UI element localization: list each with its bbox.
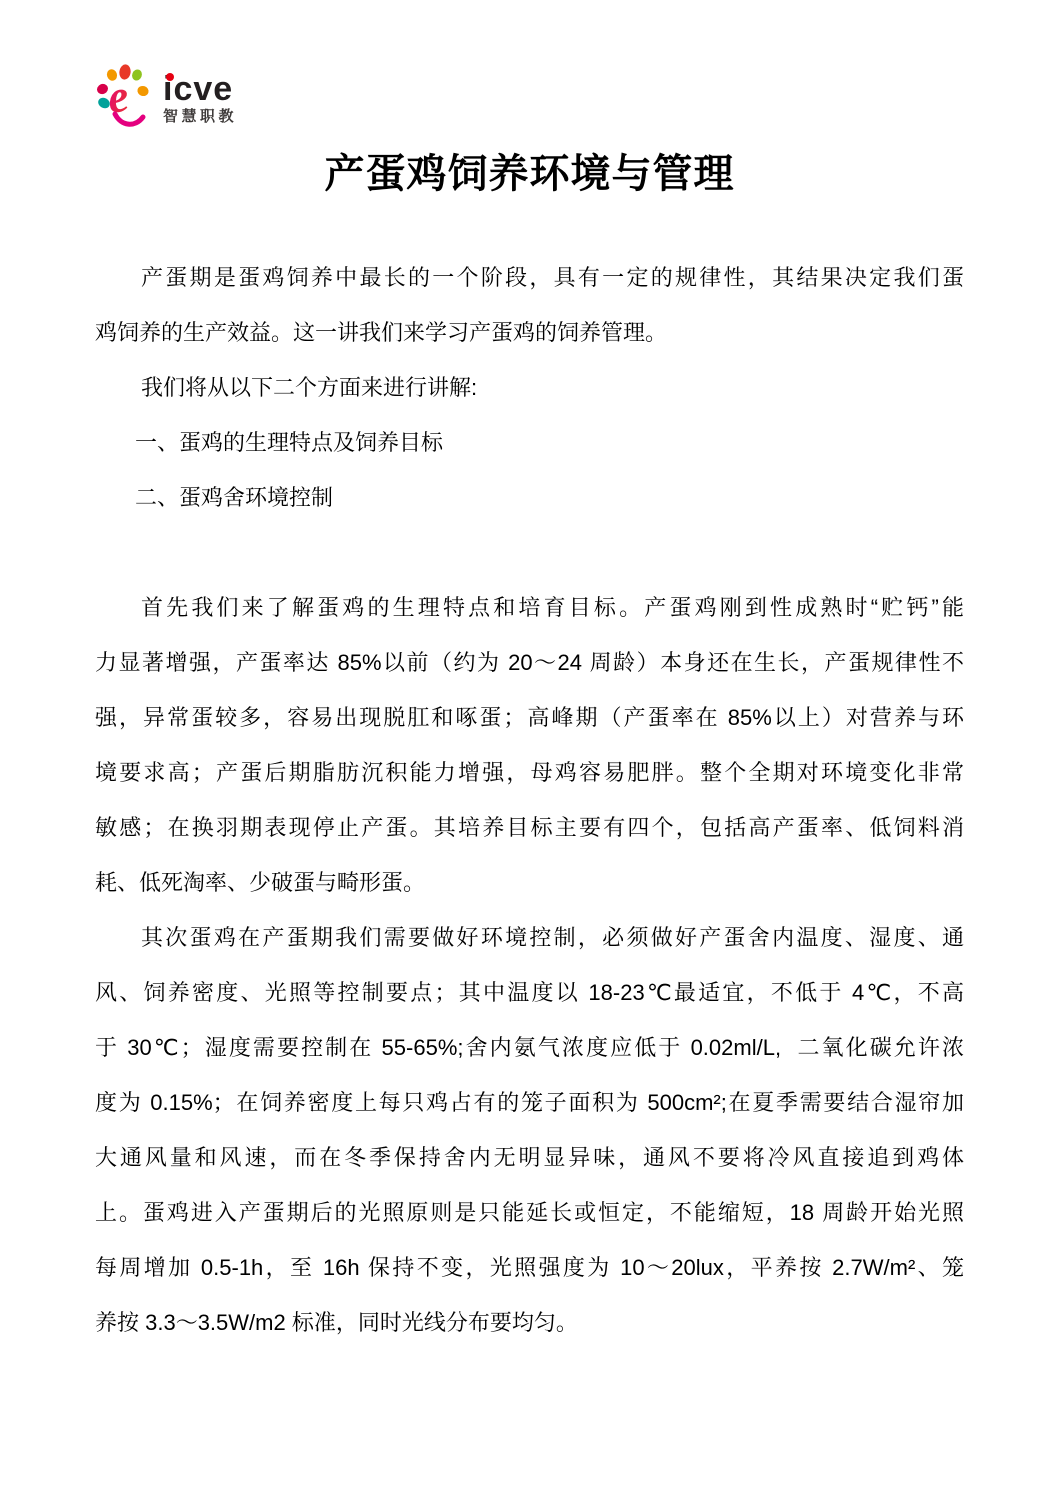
- text-line: 敏感；在换羽期表现停止产蛋。其培养目标主要有四个，包括高产蛋率、低饲料消: [95, 800, 964, 855]
- text-line: 强，异常蛋较多，容易出现脱肛和啄蛋；高峰期（产蛋率在 85%以上）对营养与环: [95, 690, 964, 745]
- logo-i-dot: [166, 73, 174, 81]
- text-line: 力显著增强，产蛋率达 85%以前（约为 20～24 周龄）本身还在生长，产蛋规律…: [95, 635, 964, 690]
- text-line: 于 30℃；湿度需要控制在 55-65%;舍内氨气浓度应低于 0.02ml/L,…: [95, 1020, 964, 1075]
- icve-logo-mark-icon: e: [93, 60, 157, 134]
- paragraph: 首先我们来了解蛋鸡的生理特点和培育目标。产蛋鸡刚到性成熟时“贮钙”能力显著增强，…: [95, 580, 964, 910]
- text-line: 上。蛋鸡进入产蛋期后的光照原则是只能延长或恒定，不能缩短，18 周龄开始光照: [95, 1185, 964, 1240]
- text-line: 风、饲养密度、光照等控制要点；其中温度以 18-23℃最适宜，不低于 4℃，不高: [95, 965, 964, 1020]
- text-line: 每周增加 0.5-1h，至 16h 保持不变，光照强度为 10～20lux，平养…: [95, 1240, 964, 1295]
- text-line: 养按 3.3～3.5W/m2 标准，同时光线分布要均匀。: [95, 1295, 964, 1350]
- text-line: 鸡饲养的生产效益。这一讲我们来学习产蛋鸡的饲养管理。: [95, 305, 964, 360]
- text-line: 其次蛋鸡在产蛋期我们需要做好环境控制，必须做好产蛋舍内温度、湿度、通: [95, 910, 964, 965]
- text-line: 一、蛋鸡的生理特点及饲养目标: [95, 415, 964, 470]
- text-line: 首先我们来了解蛋鸡的生理特点和培育目标。产蛋鸡刚到性成熟时“贮钙”能: [95, 580, 964, 635]
- text-line: 二、蛋鸡舍环境控制: [95, 470, 964, 525]
- paragraph: 我们将从以下二个方面来进行讲解:: [95, 360, 964, 415]
- text-line: 耗、低死淘率、少破蛋与畸形蛋。: [95, 855, 964, 910]
- document-body: 产蛋期是蛋鸡饲养中最长的一个阶段，具有一定的规律性，其结果决定我们蛋鸡饲养的生产…: [95, 250, 964, 1350]
- logo-dot-orange-right: [136, 85, 149, 98]
- logo-brand: icve: [163, 72, 237, 106]
- document-page: e icve 智慧职教 产蛋鸡饲养环境与管理 产蛋期是蛋鸡饲养中最长的一个阶段，…: [0, 0, 1059, 1497]
- list-item-paragraph: 一、蛋鸡的生理特点及饲养目标: [95, 415, 964, 470]
- list-item-paragraph: 二、蛋鸡舍环境控制: [95, 470, 964, 525]
- paragraph: 产蛋期是蛋鸡饲养中最长的一个阶段，具有一定的规律性，其结果决定我们蛋鸡饲养的生产…: [95, 250, 964, 360]
- text-line: 境要求高；产蛋后期脂肪沉积能力增强，母鸡容易肥胖。整个全期对环境变化非常: [95, 745, 964, 800]
- paragraph: 其次蛋鸡在产蛋期我们需要做好环境控制，必须做好产蛋舍内温度、湿度、通风、饲养密度…: [95, 910, 964, 1350]
- text-line: 产蛋期是蛋鸡饲养中最长的一个阶段，具有一定的规律性，其结果决定我们蛋: [95, 250, 964, 305]
- logo-subtitle: 智慧职教: [163, 109, 237, 124]
- blank-line: [95, 525, 964, 580]
- text-line: 大通风量和风速，而在冬季保持舍内无明显异味，通风不要将冷风直接追到鸡体: [95, 1130, 964, 1185]
- text-line: 我们将从以下二个方面来进行讲解:: [95, 360, 964, 415]
- text-line: 度为 0.15%；在饲养密度上每只鸡占有的笼子面积为 500cm²;在夏季需要结…: [95, 1075, 964, 1130]
- icve-logo: e icve 智慧职教: [93, 60, 237, 134]
- logo-dot-green-top: [130, 68, 143, 82]
- logo-text: icve 智慧职教: [163, 72, 237, 124]
- document-title: 产蛋鸡饲养环境与管理: [95, 148, 964, 200]
